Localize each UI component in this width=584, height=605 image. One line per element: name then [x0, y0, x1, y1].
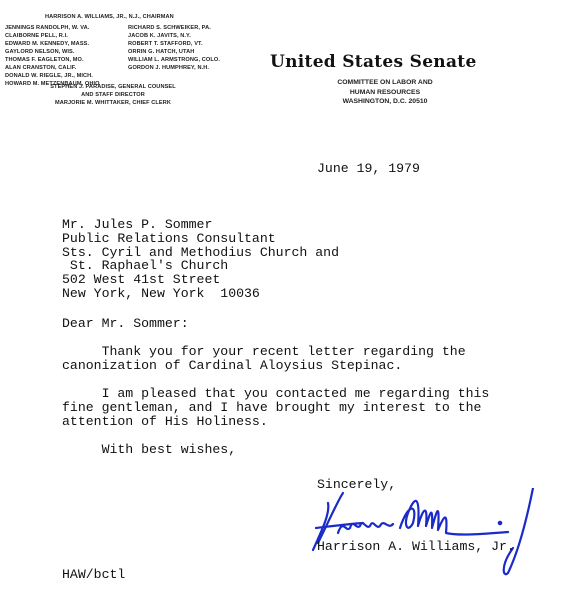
paragraph-line: canonization of Cardinal Aloysius Stepin… — [62, 359, 466, 373]
staff-line: MARJORIE M. WHITTAKER, CHIEF CLERK — [38, 99, 188, 107]
salutation: Dear Mr. Sommer: — [62, 317, 189, 331]
members-left: JENNINGS RANDOLPH, W. VA.CLAIBORNE PELL,… — [5, 24, 135, 88]
paragraph-line: I am pleased that you contacted me regar… — [62, 387, 489, 401]
staff-lines: STEPHEN J. PARADISE, GENERAL COUNSELAND … — [38, 83, 188, 107]
members-right: RICHARD S. SCHWEIKER, PA.JACOB K. JAVITS… — [128, 24, 253, 72]
member-name: THOMAS F. EAGLETON, MO. — [5, 56, 135, 64]
committee-address: COMMITTEE ON LABOR ANDHUMAN RESOURCESWAS… — [310, 78, 460, 107]
paragraph-2: I am pleased that you contacted me regar… — [62, 387, 489, 428]
member-name: ORRIN G. HATCH, UTAH — [128, 48, 253, 56]
paragraph-line: With best wishes, — [62, 443, 236, 457]
member-name: DONALD W. RIEGLE, JR., MICH. — [5, 72, 135, 80]
member-name: GAYLORD NELSON, WIS. — [5, 48, 135, 56]
paragraph-1: Thank you for your recent letter regardi… — [62, 345, 466, 373]
member-name: JENNINGS RANDOLPH, W. VA. — [5, 24, 135, 32]
staff-line: AND STAFF DIRECTOR — [38, 91, 188, 99]
address-line: Sts. Cyril and Methodius Church and — [62, 246, 339, 260]
reference-initials: HAW/bctl — [62, 568, 125, 582]
committee-line: WASHINGTON, D.C. 20510 — [310, 97, 460, 107]
member-name: RICHARD S. SCHWEIKER, PA. — [128, 24, 253, 32]
member-name: ALAN CRANSTON, CALIF. — [5, 64, 135, 72]
committee-line: HUMAN RESOURCES — [310, 88, 460, 98]
address-line: Mr. Jules P. Sommer — [62, 218, 339, 232]
signer-name: Harrison A. Williams, Jr. — [317, 540, 515, 554]
letter-date: June 19, 1979 — [317, 162, 420, 176]
paragraph-3: With best wishes, — [62, 443, 236, 457]
member-name: ROBERT T. STAFFORD, VT. — [128, 40, 253, 48]
senate-title: United States Senate — [270, 52, 477, 72]
committee-line: COMMITTEE ON LABOR AND — [310, 78, 460, 88]
signature — [308, 488, 548, 583]
member-name: JACOB K. JAVITS, N.Y. — [128, 32, 253, 40]
chairman-line: HARRISON A. WILLIAMS, JR., N.J., CHAIRMA… — [45, 13, 245, 21]
address-line: Public Relations Consultant — [62, 232, 339, 246]
recipient-address: Mr. Jules P. SommerPublic Relations Cons… — [62, 218, 339, 301]
member-name: GORDON J. HUMPHREY, N.H. — [128, 64, 253, 72]
address-line: St. Raphael's Church — [62, 259, 339, 273]
address-line: New York, New York 10036 — [62, 287, 339, 301]
paragraph-line: fine gentleman, and I have brought my in… — [62, 401, 489, 415]
member-name: CLAIBORNE PELL, R.I. — [5, 32, 135, 40]
paragraph-line: attention of His Holiness. — [62, 415, 489, 429]
address-line: 502 West 41st Street — [62, 273, 339, 287]
paragraph-line: Thank you for your recent letter regardi… — [62, 345, 466, 359]
member-name: EDWARD M. KENNEDY, MASS. — [5, 40, 135, 48]
member-name: WILLIAM L. ARMSTRONG, COLO. — [128, 56, 253, 64]
staff-line: STEPHEN J. PARADISE, GENERAL COUNSEL — [38, 83, 188, 91]
